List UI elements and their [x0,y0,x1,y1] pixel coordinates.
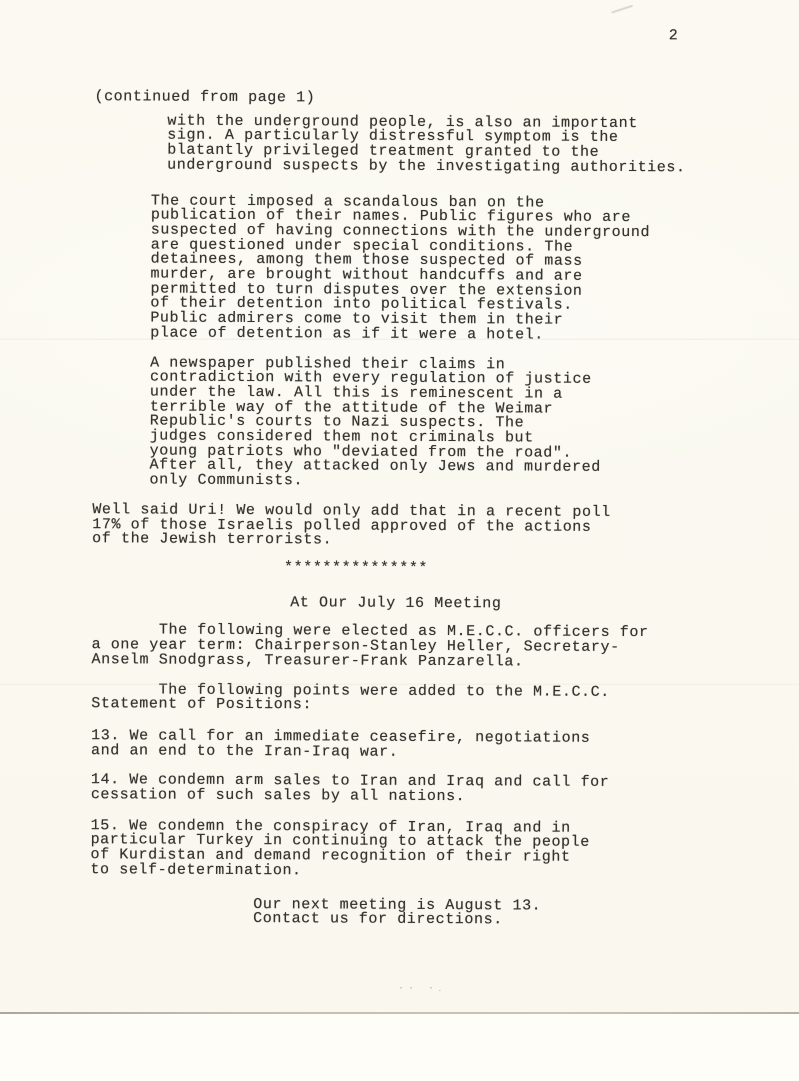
section-heading: At Our July 16 Meeting [92,595,700,613]
quote-paragraph-1: with the underground people, is also an … [167,114,702,176]
scanned-document-page: 2 (continued from page 1) with the under… [0,0,799,1081]
continuation-note: (continued from page 1) [94,90,702,108]
page-number: 2 [669,29,679,44]
editorial-comment: Well said Uri! We would only add that in… [92,503,700,550]
position-point-15: 15. We condemn the conspiracy of Iran, I… [90,819,698,881]
scan-smudge: ·· ·․ [398,983,446,995]
asterisk-separator: *************** [284,561,700,578]
position-point-14: 14. We condemn arm sales to Iran and Ira… [91,773,699,806]
meeting-paragraph-positions: The following points were added to the M… [91,683,699,716]
meeting-paragraph-officers: The following were elected as M.E.C.C. o… [92,624,700,671]
scanner-background [0,1014,799,1081]
quote-paragraph-2: The court imposed a scandalous ban on th… [150,194,702,344]
closing-note: Our next meeting is August 13. Contact u… [253,898,698,930]
quote-paragraph-3: A newspaper published their claims in co… [149,356,701,491]
position-point-13: 13. We call for an immediate ceasefire, … [91,729,699,762]
typed-content: 2 (continued from page 1) with the under… [0,0,799,1081]
